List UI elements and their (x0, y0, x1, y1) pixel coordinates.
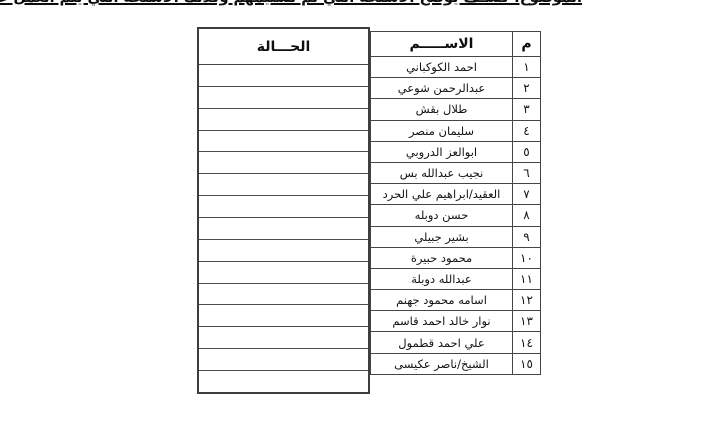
status-cell (199, 152, 368, 174)
name-cell: علي احمد قطمول (371, 332, 513, 353)
table-row: ١٣ نوار خالد احمد قاسم (371, 311, 541, 332)
name-cell: احمد الكوكباني (371, 57, 513, 78)
table-row: ١٤ علي احمد قطمول (371, 332, 541, 353)
status-cell (199, 349, 368, 371)
header-row: م الاســـــم (371, 32, 541, 57)
scanned-document-page: الموضوع: كشـف يوضح الاسلحة التي تم تسليم… (0, 0, 719, 430)
status-cell (199, 284, 368, 306)
row-index: ٦ (513, 162, 541, 183)
status-cell (199, 109, 368, 131)
name-cell: سليمان منصر (371, 120, 513, 141)
name-cell: بشير جبيلي (371, 226, 513, 247)
name-cell: محمود حبيرة (371, 247, 513, 268)
row-index: ٥ (513, 141, 541, 162)
row-index: ٢ (513, 78, 541, 99)
name-cell: الشيخ/ناصر عكيسى (371, 353, 513, 374)
table-row: ١١ عبدالله دوبلة (371, 268, 541, 289)
status-cell (199, 131, 368, 153)
table-row: ١٥ الشيخ/ناصر عكيسى (371, 353, 541, 374)
table-row: ٣ طلال بقش (371, 99, 541, 120)
table-row: ٤ سليمان منصر (371, 120, 541, 141)
table-row: ٦ نجيب عبدالله بس (371, 162, 541, 183)
document-title: الموضوع: كشـف يوضح الاسلحة التي تم تسليم… (138, 0, 582, 9)
row-index: ٨ (513, 205, 541, 226)
name-cell: عبدالله دوبلة (371, 268, 513, 289)
name-cell: نوار خالد احمد قاسم (371, 311, 513, 332)
name-cell: طلال بقش (371, 99, 513, 120)
status-cell (199, 327, 368, 349)
row-index: ١ (513, 57, 541, 78)
table-row: ٥ ابوالعز الدروبي (371, 141, 541, 162)
status-cell (199, 65, 368, 87)
column-header-name: الاســـــم (371, 32, 513, 57)
status-cell (199, 174, 368, 196)
column-header-status: الحـــالة (199, 29, 368, 65)
roster-table-head: م الاســـــم (371, 32, 541, 57)
table-row: ١٠ محمود حبيرة (371, 247, 541, 268)
row-index: ٧ (513, 184, 541, 205)
name-cell: نجيب عبدالله بس (371, 162, 513, 183)
row-index: ١٣ (513, 311, 541, 332)
status-cell (199, 240, 368, 262)
name-cell: حسن دوبله (371, 205, 513, 226)
status-cell (199, 87, 368, 109)
table-row: ١ احمد الكوكباني (371, 57, 541, 78)
column-header-index: م (513, 32, 541, 57)
status-cell (199, 371, 368, 392)
status-column: الحـــالة (197, 27, 370, 394)
status-cell (199, 218, 368, 240)
name-cell: ابوالعز الدروبي (371, 141, 513, 162)
name-cell: العقيد/ابراهيم علي الحرد (371, 184, 513, 205)
row-index: ٤ (513, 120, 541, 141)
roster-table: م الاســـــم ١ احمد الكوكباني ٢ عبدالرحم… (370, 31, 541, 375)
table-row: ١٢ اسامه محمود جهنم (371, 290, 541, 311)
row-index: ٩ (513, 226, 541, 247)
row-index: ١٢ (513, 290, 541, 311)
table-row: ٢ عبدالرحمن شوعي (371, 78, 541, 99)
row-index: ١٤ (513, 332, 541, 353)
name-cell: اسامه محمود جهنم (371, 290, 513, 311)
name-cell: عبدالرحمن شوعي (371, 78, 513, 99)
status-cell (199, 262, 368, 284)
table-row: ٧ العقيد/ابراهيم علي الحرد (371, 184, 541, 205)
table-row: ٩ بشير جبيلي (371, 226, 541, 247)
row-index: ٣ (513, 99, 541, 120)
roster-table-body: ١ احمد الكوكباني ٢ عبدالرحمن شوعي ٣ طلال… (371, 57, 541, 375)
status-cell (199, 305, 368, 327)
table-row: ٨ حسن دوبله (371, 205, 541, 226)
row-index: ١١ (513, 268, 541, 289)
row-index: ١٠ (513, 247, 541, 268)
row-index: ١٥ (513, 353, 541, 374)
status-cell (199, 196, 368, 218)
